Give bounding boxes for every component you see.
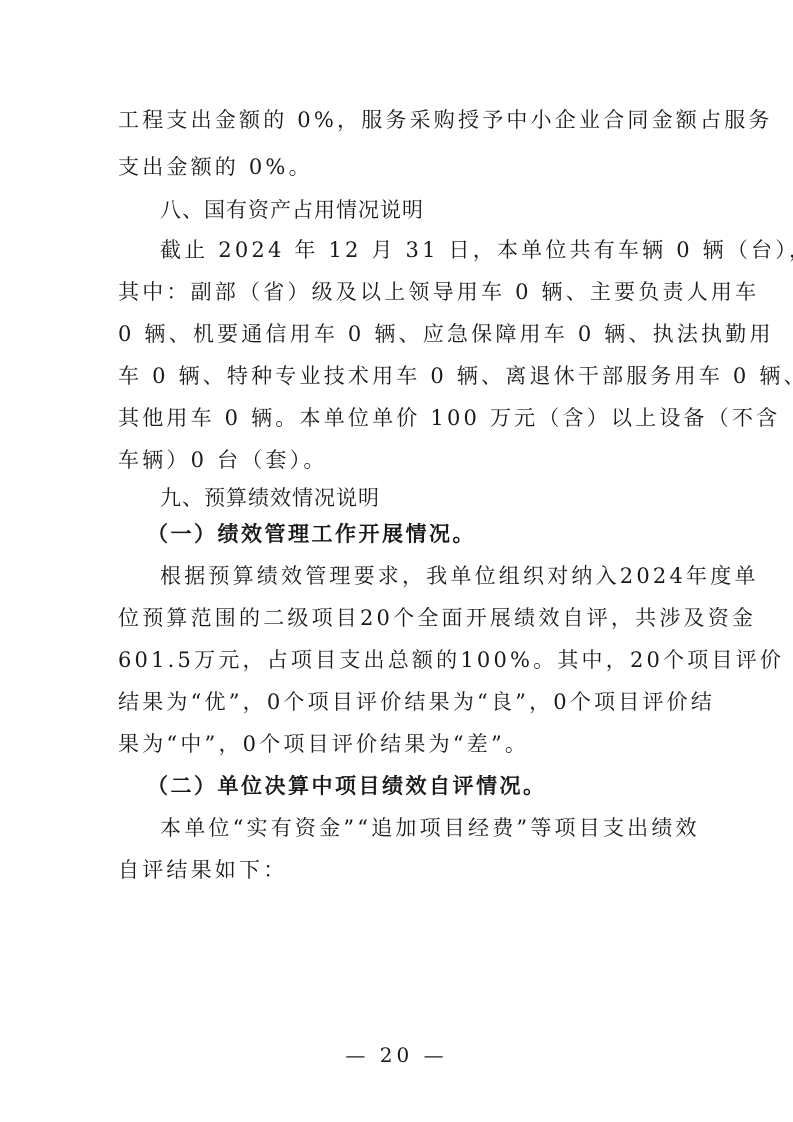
subsection-heading-self-evaluation: （二）单位决算中项目绩效自评情况。 [147,772,707,800]
paragraph-line: 位预算范围的二级项目20个全面开展绩效自评，共涉及资金 [118,604,678,632]
paragraph-line: 其中：副部（省）级及以上领导用车 0 辆、主要负责人用车 [118,278,678,306]
paragraph-line: 工程支出金额的 0%，服务采购授予中小企业合同金额占服务 [118,106,678,134]
paragraph-line: 结果为“优”，0个项目评价结果为“良”，0个项目评价结 [118,688,678,716]
paragraph-line: 截止 2024 年 12 月 31 日，本单位共有车辆 0 辆（台）， [160,236,720,264]
paragraph-line: 0 辆、机要通信用车 0 辆、应急保障用车 0 辆、执法执勤用 [118,320,678,348]
paragraph-line: 本单位“实有资金”“追加项目经费”等项目支出绩效 [160,814,720,842]
paragraph-line: 根据预算绩效管理要求，我单位组织对纳入2024年度单 [160,562,720,590]
paragraph-line: 自评结果如下： [118,856,678,884]
paragraph-line: 果为“中”，0个项目评价结果为“差”。 [118,730,678,758]
paragraph-line: 其他用车 0 辆。本单位单价 100 万元（含）以上设备（不含 [118,404,678,432]
section-heading-performance: 九、预算绩效情况说明 [160,484,720,512]
document-page: 工程支出金额的 0%，服务采购授予中小企业合同金额占服务 支出金额的 0%。 八… [0,0,793,1122]
paragraph-line: 601.5万元，占项目支出总额的100%。其中，20个项目评价 [118,646,678,674]
paragraph-line: 支出金额的 0%。 [118,153,678,181]
paragraph-line: 车 0 辆、特种专业技术用车 0 辆、离退休干部服务用车 0 辆、 [118,362,678,390]
section-heading-assets: 八、国有资产占用情况说明 [160,196,720,224]
page-number: — 20 — [0,1042,793,1068]
paragraph-line: 车辆）0 台（套）。 [118,446,678,474]
subsection-heading-management: （一）绩效管理工作开展情况。 [147,520,707,548]
